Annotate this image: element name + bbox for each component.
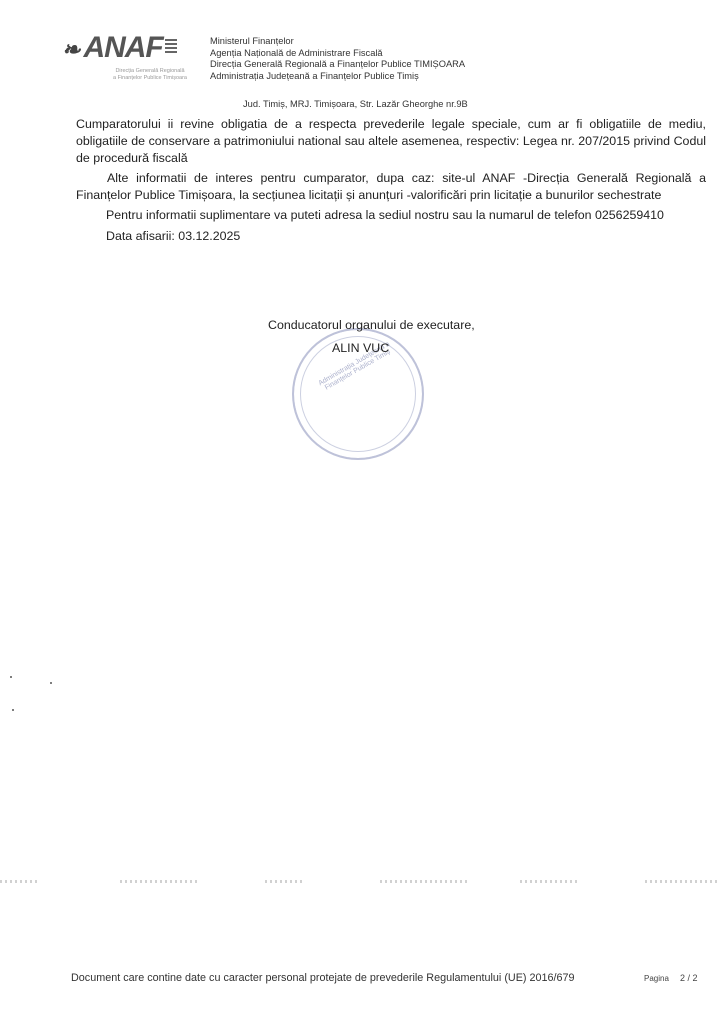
- institution-line: Agenția Națională de Administrare Fiscal…: [210, 48, 465, 60]
- paragraph-other-info: Alte informatii de interes pentru cumpar…: [76, 170, 706, 204]
- gdpr-notice: Document care contine date cu caracter p…: [71, 972, 575, 984]
- institution-line: Ministerul Finanțelor: [210, 36, 465, 48]
- institution-line: Direcția Generală Regională a Finanțelor…: [210, 59, 465, 71]
- paragraph-obligations: Cumparatorului ii revine obligatia de a …: [76, 116, 706, 167]
- logo-subtext: Direcția Generală Regională a Finanțelor…: [95, 68, 205, 82]
- scan-artifact: [645, 880, 720, 883]
- page-label: Pagina: [644, 974, 669, 983]
- address: Jud. Timiș, MRJ. Timișoara, Str. Lazăr G…: [243, 99, 468, 109]
- display-date: Data afisarii: 03.12.2025: [106, 229, 240, 243]
- signatory-name: ALIN VUC: [332, 341, 389, 355]
- institution-header: Ministerul Finanțelor Agenția Națională …: [210, 36, 465, 82]
- scan-artifact: [380, 880, 470, 883]
- scan-artifact: [265, 880, 305, 883]
- logo-bars-icon: [165, 39, 177, 53]
- contact-line: Pentru informatii suplimentare va puteti…: [106, 208, 664, 222]
- page-number: 2 / 2: [680, 973, 698, 983]
- scan-artifact: [520, 880, 580, 883]
- signature-title: Conducatorul organului de executare,: [268, 318, 475, 332]
- anaf-emblem-icon: ❧: [62, 37, 79, 62]
- scan-speck: [10, 676, 12, 678]
- scan-artifact: [0, 880, 40, 883]
- institution-line: Administrația Județeană a Finanțelor Pub…: [210, 71, 465, 83]
- logo-text: ANAF: [83, 31, 162, 64]
- anaf-logo: ❧ANAF: [62, 33, 177, 65]
- scan-speck: [12, 709, 14, 711]
- scan-artifact: [120, 880, 200, 883]
- scan-speck: [50, 682, 52, 684]
